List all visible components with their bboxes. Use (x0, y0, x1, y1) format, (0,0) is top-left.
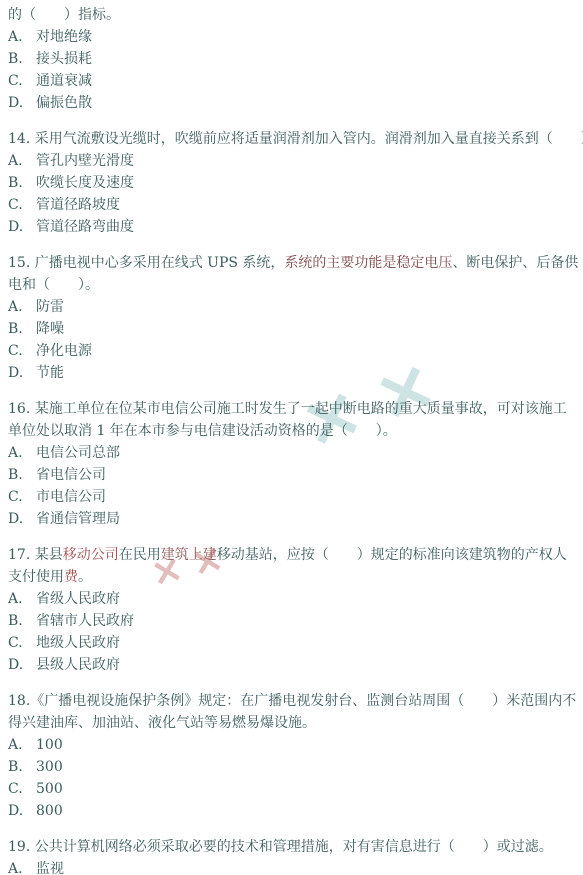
option-label: A. (8, 858, 24, 875)
option-text: 省辖市人民政府 (36, 613, 134, 629)
option-label: C. (8, 194, 24, 216)
option-d: D.800 (8, 800, 575, 822)
option-label: A. (8, 588, 24, 610)
question-block-14: 14. 采用气流敷设光缆时，吹缆前应将适量润滑剂加入管内。润滑剂加入量直接关系到… (8, 128, 575, 238)
question-stem-line: 17. 某县移动公司在民用建筑上建移动基站，应按（ ）规定的标准向该建筑物的产权… (8, 544, 575, 566)
option-a: A.防雷 (8, 296, 575, 318)
option-label: A. (8, 150, 24, 172)
option-label: A. (8, 296, 24, 318)
option-text: 电信公司总部 (36, 445, 120, 461)
option-a: A.省级人民政府 (8, 588, 575, 610)
option-text: 省通信管理局 (36, 511, 120, 527)
option-b: B.300 (8, 756, 575, 778)
option-label: D. (8, 508, 24, 530)
question-stem-line: 18.《广播电视设施保护条例》规定：在广播电视发射台、监测台站周围（ ）米范围内… (8, 690, 575, 712)
question-stem-line: 16. 某施工单位在位某市电信公司施工时发生了一起中断电路的重大质量事故，可对该… (8, 398, 575, 420)
option-a: A.电信公司总部 (8, 442, 575, 464)
option-label: B. (8, 756, 24, 778)
option-a: A.100 (8, 734, 575, 756)
option-label: D. (8, 362, 24, 384)
option-label: B. (8, 318, 24, 340)
option-label: B. (8, 464, 24, 486)
question-block-15: 15. 广播电视中心多采用在线式 UPS 系统，系统的主要功能是稳定电压、断电保… (8, 252, 575, 384)
option-label: C. (8, 486, 24, 508)
question-stem-line: 得兴建油库、加油站、液化气站等易燃易爆设施。 (8, 712, 575, 734)
option-d: D.管道径路弯曲度 (8, 216, 575, 238)
option-text: 300 (36, 759, 63, 775)
question-stem-line: 19. 公共计算机网络必须采取必要的技术和管理措施，对有害信息进行（ ）或过滤。 (8, 836, 575, 858)
question-block-13: 的（ ）指标。 A.对地绝缘 B.接头损耗 C.通道衰减 D.偏振色散 (8, 4, 575, 114)
option-a: A.对地绝缘 (8, 26, 575, 48)
option-a: A.管孔内壁光滑度 (8, 150, 575, 172)
option-label: C. (8, 70, 24, 92)
option-text: 管孔内壁光滑度 (36, 153, 134, 169)
option-text: 市电信公司 (36, 489, 106, 505)
option-label: B. (8, 172, 24, 194)
option-text: 通道衰减 (36, 73, 92, 89)
option-text: 监视 (36, 861, 64, 875)
option-d: D.节能 (8, 362, 575, 384)
exam-document: 的（ ）指标。 A.对地绝缘 B.接头损耗 C.通道衰减 D.偏振色散 14. … (0, 0, 583, 875)
question-block-17: 17. 某县移动公司在民用建筑上建移动基站，应按（ ）规定的标准向该建筑物的产权… (8, 544, 575, 676)
option-text: 节能 (36, 365, 64, 381)
option-c: C.500 (8, 778, 575, 800)
option-label: A. (8, 26, 24, 48)
question-stem-line: 单位处以取消 1 年在本市参与电信建设活动资格的是（ ）。 (8, 420, 575, 442)
option-label: A. (8, 734, 24, 756)
question-stem-line: 支付使用费。 (8, 566, 575, 588)
option-label: D. (8, 800, 24, 822)
option-label: D. (8, 92, 24, 114)
option-c: C.管道径路坡度 (8, 194, 575, 216)
option-d: D.县级人民政府 (8, 654, 575, 676)
option-label: D. (8, 654, 24, 676)
option-text: 管道径路弯曲度 (36, 219, 134, 235)
option-d: D.偏振色散 (8, 92, 575, 114)
option-b: B.省辖市人民政府 (8, 610, 575, 632)
option-label: C. (8, 340, 24, 362)
option-b: B.省电信公司 (8, 464, 575, 486)
option-label: B. (8, 48, 24, 70)
question-stem-line: 15. 广播电视中心多采用在线式 UPS 系统，系统的主要功能是稳定电压、断电保… (8, 252, 575, 274)
option-text: 100 (36, 737, 63, 753)
option-b: B.降噪 (8, 318, 575, 340)
option-text: 500 (36, 781, 63, 797)
question-stem-line: 电和（ ）。 (8, 274, 575, 296)
option-d: D.省通信管理局 (8, 508, 575, 530)
option-text: 降噪 (36, 321, 64, 337)
question-stem-line: 的（ ）指标。 (8, 4, 575, 26)
option-label: D. (8, 216, 24, 238)
option-text: 800 (36, 803, 63, 819)
option-b: B.接头损耗 (8, 48, 575, 70)
option-text: 防雷 (36, 299, 64, 315)
option-c: C.地级人民政府 (8, 632, 575, 654)
option-text: 对地绝缘 (36, 29, 92, 45)
option-text: 接头损耗 (36, 51, 92, 67)
option-c: C.净化电源 (8, 340, 575, 362)
question-block-16: 16. 某施工单位在位某市电信公司施工时发生了一起中断电路的重大质量事故，可对该… (8, 398, 575, 530)
option-label: C. (8, 778, 24, 800)
option-label: A. (8, 442, 24, 464)
option-text: 吹缆长度及速度 (36, 175, 134, 191)
option-b: B.吹缆长度及速度 (8, 172, 575, 194)
question-block-18: 18.《广播电视设施保护条例》规定：在广播电视发射台、监测台站周围（ ）米范围内… (8, 690, 575, 822)
option-c: C.市电信公司 (8, 486, 575, 508)
option-text: 省电信公司 (36, 467, 106, 483)
option-label: C. (8, 632, 24, 654)
option-text: 地级人民政府 (36, 635, 120, 651)
option-label: B. (8, 610, 24, 632)
option-c: C.通道衰减 (8, 70, 575, 92)
option-text: 县级人民政府 (36, 657, 120, 673)
question-stem-line: 14. 采用气流敷设光缆时，吹缆前应将适量润滑剂加入管内。润滑剂加入量直接关系到… (8, 128, 575, 150)
question-block-19: 19. 公共计算机网络必须采取必要的技术和管理措施，对有害信息进行（ ）或过滤。… (8, 836, 575, 875)
option-text: 管道径路坡度 (36, 197, 120, 213)
option-text: 偏振色散 (36, 95, 92, 111)
option-a: A.监视 (8, 858, 575, 875)
option-text: 净化电源 (36, 343, 92, 359)
option-text: 省级人民政府 (36, 591, 120, 607)
